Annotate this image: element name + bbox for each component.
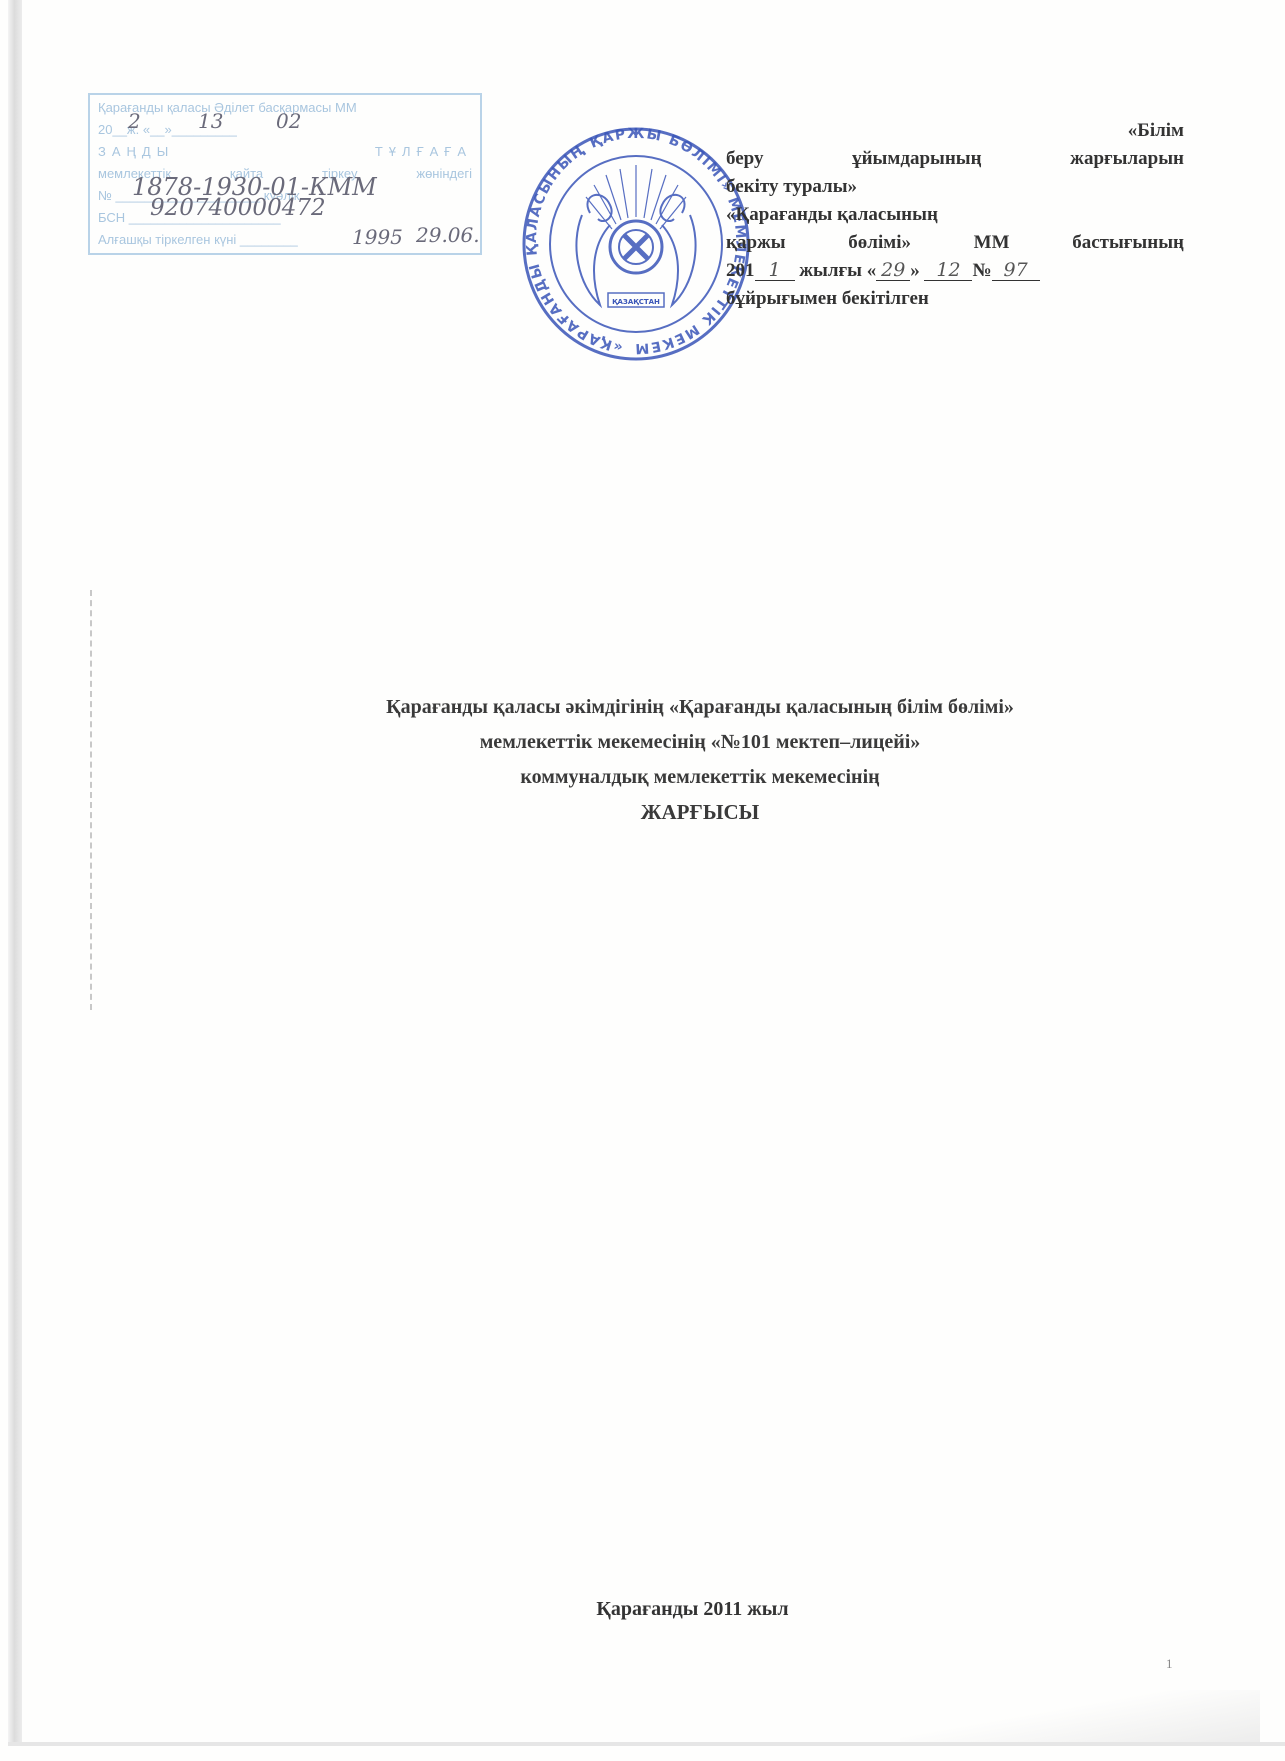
- order-day: 29: [876, 260, 910, 281]
- footer-city-year: Қарағанды 2011 жыл: [0, 1598, 1285, 1621]
- seal-center-label: ҚАЗАҚСТАН: [612, 298, 660, 306]
- handwritten-first-date: 29.06.: [416, 223, 480, 247]
- document-page: Қарағанды қаласы Әділет басқармасы ММ 20…: [0, 0, 1285, 1761]
- handwritten-bin: 920740000472: [150, 195, 326, 221]
- binding-stitch: [90, 590, 95, 1010]
- page-corner-shadow: [900, 1690, 1260, 1742]
- approval-line-1: «Білім: [726, 118, 1184, 146]
- approval-line-5: қаржы бөлімі» ММ бастығының: [726, 230, 1184, 258]
- approval-line-6: 2011 жылғы «29» 12№97: [726, 258, 1184, 286]
- document-title: Қарағанды қаласы әкімдігінің «Қарағанды …: [150, 690, 1250, 830]
- title-line-charter: ЖАРҒЫСЫ: [150, 795, 1250, 830]
- approval-line-4: «Қарағанды қаласының: [726, 202, 1184, 230]
- approval-line-3: бекіту туралы»: [726, 174, 1184, 202]
- order-month: 12: [924, 260, 972, 281]
- title-line-3: коммуналдық мемлекеттік мекемесінің: [150, 760, 1250, 795]
- page-binding-edge: [8, 0, 22, 1745]
- registration-stamp: Қарағанды қаласы Әділет басқармасы ММ 20…: [88, 93, 482, 255]
- order-year-prefix: 201: [726, 260, 755, 281]
- approval-block: «Білім беру ұйымдарының жарғыларын бекіт…: [726, 118, 1184, 314]
- order-year-label: жылғы «: [799, 260, 876, 281]
- order-quote-close: »: [910, 260, 920, 281]
- handwritten-day: 13: [198, 109, 223, 133]
- handwritten-month: 02: [276, 109, 301, 133]
- title-line-2: мемлекеттік мекемесінің «№101 мектеп–лиц…: [150, 725, 1250, 760]
- approval-line-2: беру ұйымдарының жарғыларын: [726, 146, 1184, 174]
- page-number: 1: [1166, 1656, 1173, 1672]
- order-number: 97: [992, 260, 1040, 281]
- seal-emblem-icon: «ҚАРАҒАНДЫ ҚАЛАСЫНЫҢ ҚАРЖЫ БӨЛІМІ» МЕМЛЕ…: [520, 125, 752, 363]
- order-number-label: №: [972, 260, 991, 281]
- order-year-digit: 1: [755, 260, 795, 281]
- official-seal: «ҚАРАҒАНДЫ ҚАЛАСЫНЫҢ ҚАРЖЫ БӨЛІМІ» МЕМЛЕ…: [520, 125, 752, 363]
- approval-line-7: бұйрығымен бекітілген: [726, 286, 1184, 314]
- title-line-1: Қарағанды қаласы әкімдігінің «Қарағанды …: [150, 690, 1250, 725]
- handwritten-year: 2: [128, 109, 141, 133]
- handwritten-first-year: 1995: [352, 225, 403, 249]
- stamp-line-heading: ЗАҢДЫ ТҰЛҒАҒА: [98, 143, 472, 161]
- page-bottom-edge: [8, 1742, 1285, 1746]
